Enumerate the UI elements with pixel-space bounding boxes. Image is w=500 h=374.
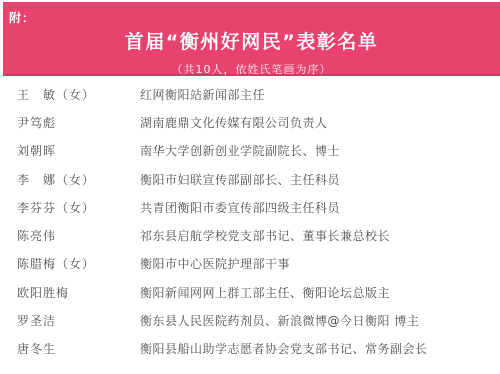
honoree-title: 祁东县启航学校党支部书记、董事长兼总校长 <box>140 227 500 244</box>
list-item: 陈腊梅（女） 衡阳市中心医院护理部干事 <box>0 250 500 278</box>
list-item: 李 娜（女） 衡阳市妇联宣传部副部长、主任科员 <box>0 165 500 193</box>
attachment-label: 附： <box>9 9 35 26</box>
honoree-title: 红网衡阳站新闻部主任 <box>140 86 500 103</box>
honoree-title: 湖南鹿鼎文化传媒有限公司负责人 <box>140 114 500 131</box>
honoree-title: 衡阳新闻网网上群工部主任、衡阳论坛总版主 <box>140 284 500 301</box>
honoree-title: 共青团衡阳市委宣传部四级主任科员 <box>140 199 500 216</box>
honoree-name: 罗圣洁 <box>0 312 140 329</box>
honoree-list: 王 敏（女） 红网衡阳站新闻部主任 尹笃彪 湖南鹿鼎文化传媒有限公司负责人 刘朝… <box>0 80 500 363</box>
list-item: 罗圣洁 衡东县人民医院药剂员、新浪微博@今日衡阳 博主 <box>0 306 500 334</box>
honoree-title: 衡阳市妇联宣传部副部长、主任科员 <box>140 171 500 188</box>
honoree-title: 衡东县人民医院药剂员、新浪微博@今日衡阳 博主 <box>140 312 500 329</box>
honoree-name: 王 敏（女） <box>0 86 140 103</box>
list-item: 刘朝晖 南华大学创新创业学院副院长、博士 <box>0 137 500 165</box>
honoree-name: 李芬芬（女） <box>0 199 140 216</box>
honoree-name: 欧阳胜梅 <box>0 284 140 301</box>
honoree-name: 刘朝晖 <box>0 142 140 159</box>
commendation-notice-page: 附： 首届“衡州好网民”表彰名单 （共10人，依姓氏笔画为序） 王 敏（女） 红… <box>0 0 500 374</box>
list-item: 陈亮伟 祁东县启航学校党支部书记、董事长兼总校长 <box>0 221 500 249</box>
honoree-name: 尹笃彪 <box>0 114 140 131</box>
page-subtitle: （共10人，依姓氏笔画为序） <box>3 61 500 77</box>
honoree-title: 南华大学创新创业学院副院长、博士 <box>140 142 500 159</box>
honoree-name: 陈腊梅（女） <box>0 255 140 272</box>
title-banner: 附： 首届“衡州好网民”表彰名单 （共10人，依姓氏笔画为序） <box>3 2 500 76</box>
page-title: 首届“衡州好网民”表彰名单 <box>3 27 500 54</box>
list-item: 欧阳胜梅 衡阳新闻网网上群工部主任、衡阳论坛总版主 <box>0 278 500 306</box>
list-item: 唐冬生 衡阳县船山助学志愿者协会党支部书记、常务副会长 <box>0 335 500 363</box>
honoree-name: 唐冬生 <box>0 340 140 357</box>
honoree-title: 衡阳市中心医院护理部干事 <box>140 255 500 272</box>
list-item: 尹笃彪 湖南鹿鼎文化传媒有限公司负责人 <box>0 108 500 136</box>
honoree-name: 李 娜（女） <box>0 171 140 188</box>
honoree-title: 衡阳县船山助学志愿者协会党支部书记、常务副会长 <box>140 340 500 357</box>
honoree-name: 陈亮伟 <box>0 227 140 244</box>
list-item: 王 敏（女） 红网衡阳站新闻部主任 <box>0 80 500 108</box>
list-item: 李芬芬（女） 共青团衡阳市委宣传部四级主任科员 <box>0 193 500 221</box>
